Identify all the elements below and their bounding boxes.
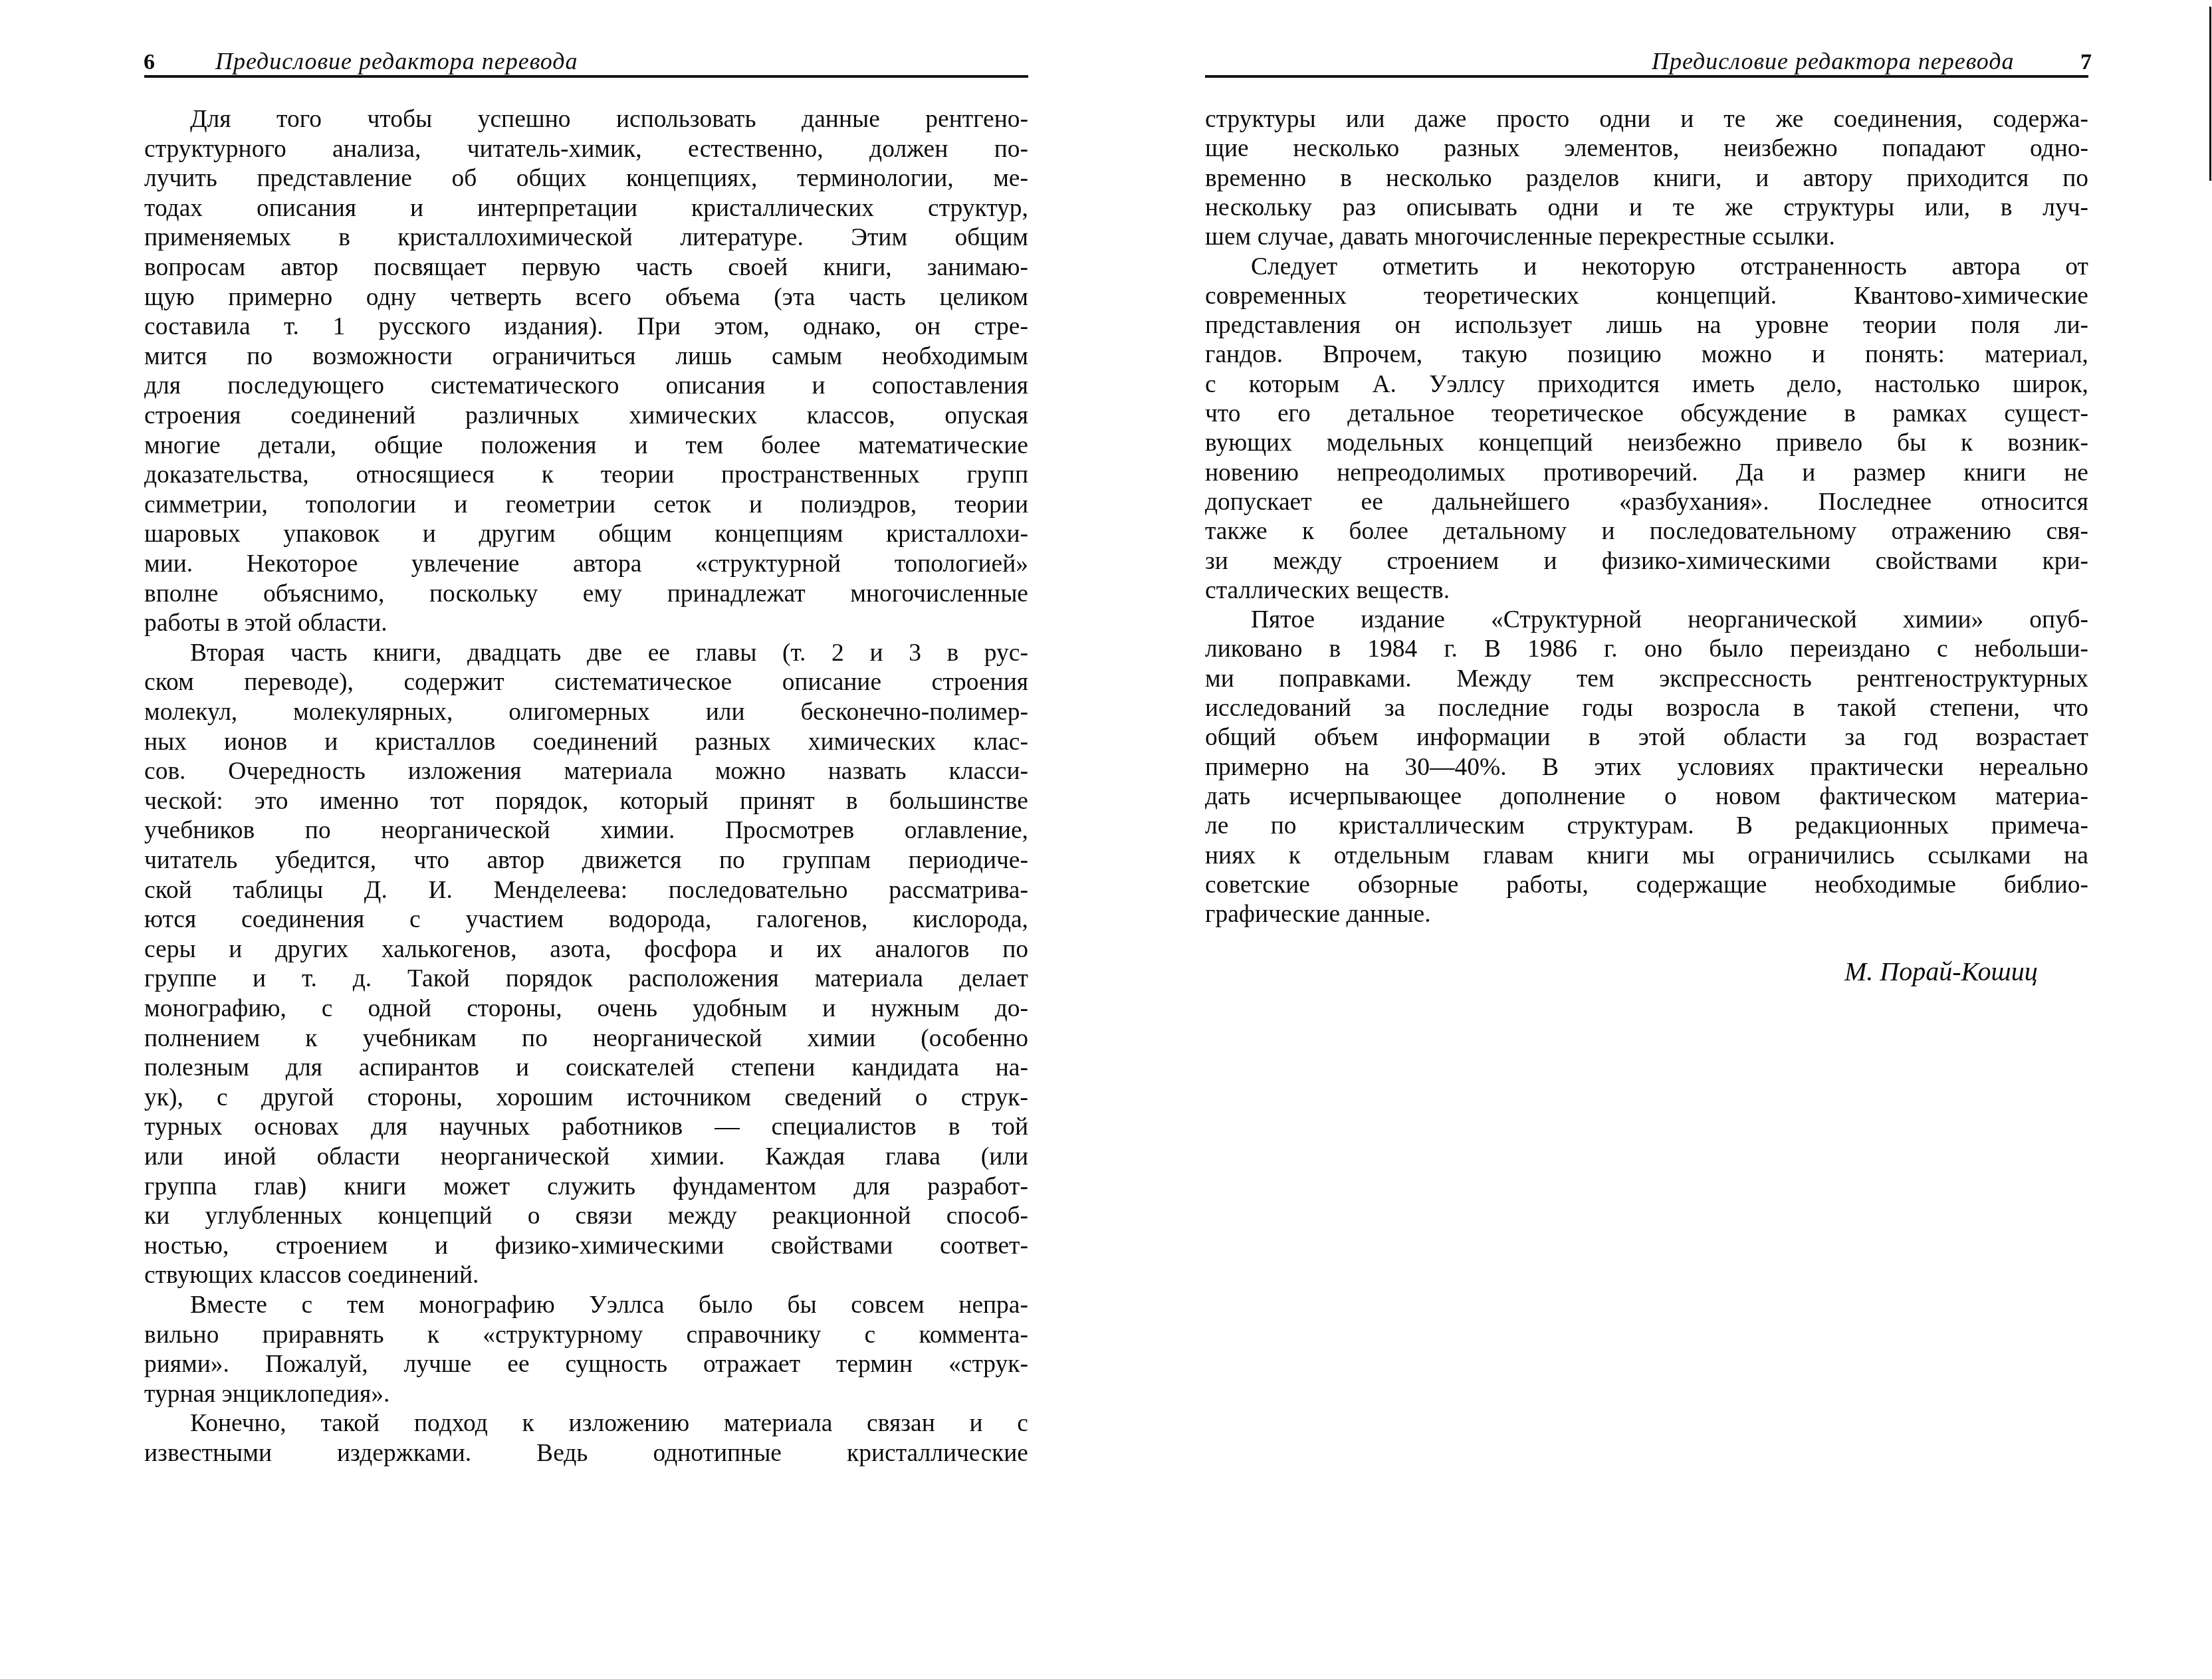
text-line: симметрии, топологии и геометрии сеток и… <box>144 491 1028 520</box>
text-line: группа глав) книги может служить фундаме… <box>144 1173 1028 1202</box>
left-running-head: 6 Предисловие редактора перевода <box>0 48 1106 74</box>
text-line: щие несколько разных элементов, неизбежн… <box>1205 134 2088 164</box>
text-line: лучить представление об общих концепциях… <box>144 164 1028 193</box>
header-rule <box>1205 75 2088 78</box>
text-line: мии. Некоторое увлечение автора «структу… <box>144 550 1028 579</box>
right-page: Предисловие редактора перевода 7 структу… <box>1106 0 2212 1679</box>
text-line: дать исчерпывающее дополнение о новом фа… <box>1205 782 2088 812</box>
text-line: ском переводе), содержит систематическое… <box>144 668 1028 697</box>
text-line: ствующих классов соединений. <box>144 1261 1028 1290</box>
text-line: ческой: это именно тот порядок, который … <box>144 787 1028 816</box>
text-line: исследований за последние годы возросла … <box>1205 694 2088 723</box>
text-line: щую примерно одну четверть всего объема … <box>144 283 1028 312</box>
text-line: полезным для аспирантов и соискателей ст… <box>144 1054 1028 1083</box>
text-line: представления он использует лишь на уров… <box>1205 311 2088 340</box>
text-line: шем случае, давать многочисленные перекр… <box>1205 223 2088 252</box>
text-line: Конечно, такой подход к изложению матери… <box>144 1409 1028 1438</box>
text-line: вильно приравнять к «структурному справо… <box>144 1321 1028 1350</box>
text-line: что его детальное теоретическое обсужден… <box>1205 399 2088 429</box>
text-line: Вместе с тем монографию Уэллса было бы с… <box>144 1291 1028 1320</box>
text-line: строения соединений различных химических… <box>144 401 1028 431</box>
text-line: структурного анализа, читатель-химик, ес… <box>144 135 1028 164</box>
text-line: новению непреодолимых противоречий. Да и… <box>1205 459 2088 488</box>
text-line: ных ионов и кристаллов соединений разных… <box>144 728 1028 757</box>
text-line: турных основах для научных работников — … <box>144 1113 1028 1142</box>
text-line: сов. Очередность изложения материала мож… <box>144 757 1028 786</box>
text-line: доказательства, относящиеся к теории про… <box>144 461 1028 490</box>
text-line: тодах описания и интерпретации кристалли… <box>144 194 1028 223</box>
right-running-head: Предисловие редактора перевода 7 <box>1106 48 2212 74</box>
text-line: современных теоретических концепций. Ква… <box>1205 282 2088 311</box>
text-line: работы в этой области. <box>144 609 1028 638</box>
text-line: полнением к учебникам по неорганической … <box>144 1024 1028 1054</box>
text-line: графические данные. <box>1205 900 2088 929</box>
left-page: 6 Предисловие редактора перевода Для тог… <box>0 0 1106 1679</box>
text-line: серы и других халькогенов, азота, фосфор… <box>144 935 1028 964</box>
text-line: ниях к отдельным главам книги мы огранич… <box>1205 841 2088 871</box>
text-line: структуры или даже просто одни и те же с… <box>1205 105 2088 134</box>
text-line: Для того чтобы успешно использовать данн… <box>144 105 1028 134</box>
text-line: вующих модельных концепций неизбежно при… <box>1205 429 2088 458</box>
text-line: ской таблицы Д. И. Менделеева: последова… <box>144 876 1028 905</box>
text-line: нескольку раз описывать одни и те же стр… <box>1205 193 2088 223</box>
page-number: 7 <box>2080 49 2092 76</box>
text-line: Вторая часть книги, двадцать две ее глав… <box>144 639 1028 668</box>
text-line: шаровых упаковок и другим общим концепци… <box>144 520 1028 549</box>
text-line: группе и т. д. Такой порядок расположени… <box>144 964 1028 994</box>
text-line: Следует отметить и некоторую отстраненно… <box>1205 253 2088 282</box>
text-line: временно в несколько разделов книги, и а… <box>1205 164 2088 193</box>
text-line: ле по кристаллическим структурам. В реда… <box>1205 812 2088 841</box>
text-line: или иной области неорганической химии. К… <box>144 1143 1028 1172</box>
text-line: турная энциклопедия». <box>144 1380 1028 1409</box>
text-line: советские обзорные работы, содержащие не… <box>1205 871 2088 900</box>
text-line: составила т. 1 русского издания). При эт… <box>144 312 1028 342</box>
text-line: применяемых в кристаллохимической литера… <box>144 223 1028 253</box>
text-line: вполне объяснимо, поскольку ему принадле… <box>144 580 1028 609</box>
text-line: читатель убедится, что автор движется по… <box>144 846 1028 875</box>
text-line: допускает ее дальнейшего «разбухания». П… <box>1205 488 2088 517</box>
text-line: ук), с другой стороны, хорошим источнико… <box>144 1083 1028 1113</box>
text-line: Пятое издание «Структурной неорганическо… <box>1205 606 2088 635</box>
text-line: вопросам автор посвящает первую часть св… <box>144 253 1028 282</box>
page-number: 6 <box>144 49 155 76</box>
text-line: ликовано в 1984 г. В 1986 г. оно было пе… <box>1205 635 2088 664</box>
text-line: ми поправками. Между тем экспрессность р… <box>1205 665 2088 694</box>
text-line: сталлических веществ. <box>1205 576 2088 606</box>
text-line: риями». Пожалуй, лучше ее сущность отраж… <box>144 1350 1028 1379</box>
signature: М. Порай-Кошиц <box>1844 957 2038 986</box>
text-line: ются соединения с участием водорода, гал… <box>144 905 1028 935</box>
text-line: общий объем информации в этой области за… <box>1205 723 2088 752</box>
text-line: ностью, строением и физико-химическими с… <box>144 1232 1028 1261</box>
scan-edge-artifact <box>2209 7 2211 181</box>
text-line: с которым А. Уэллсу приходится иметь дел… <box>1205 370 2088 399</box>
running-head-title: Предисловие редактора перевода <box>1652 48 2015 74</box>
text-line: зи между строением и физико-химическими … <box>1205 547 2088 576</box>
text-line: для последующего систематического описан… <box>144 372 1028 401</box>
running-head-title: Предисловие редактора перевода <box>215 48 578 74</box>
text-line: примерно на 30—40%. В этих условиях прак… <box>1205 753 2088 782</box>
text-line: также к более детальному и последователь… <box>1205 517 2088 546</box>
text-line: известными издержками. Ведь однотипные к… <box>144 1439 1028 1468</box>
header-rule <box>144 75 1028 78</box>
text-line: молекул, молекулярных, олигомерных или б… <box>144 698 1028 727</box>
text-line: учебников по неорганической химии. Просм… <box>144 816 1028 845</box>
text-line: гандов. Впрочем, такую позицию можно и п… <box>1205 340 2088 370</box>
text-line: многие детали, общие положения и тем бол… <box>144 431 1028 461</box>
text-line: монографию, с одной стороны, очень удобн… <box>144 994 1028 1024</box>
text-line: ки углубленных концепций о связи между р… <box>144 1202 1028 1231</box>
text-line: мится по возможности ограничиться лишь с… <box>144 342 1028 372</box>
